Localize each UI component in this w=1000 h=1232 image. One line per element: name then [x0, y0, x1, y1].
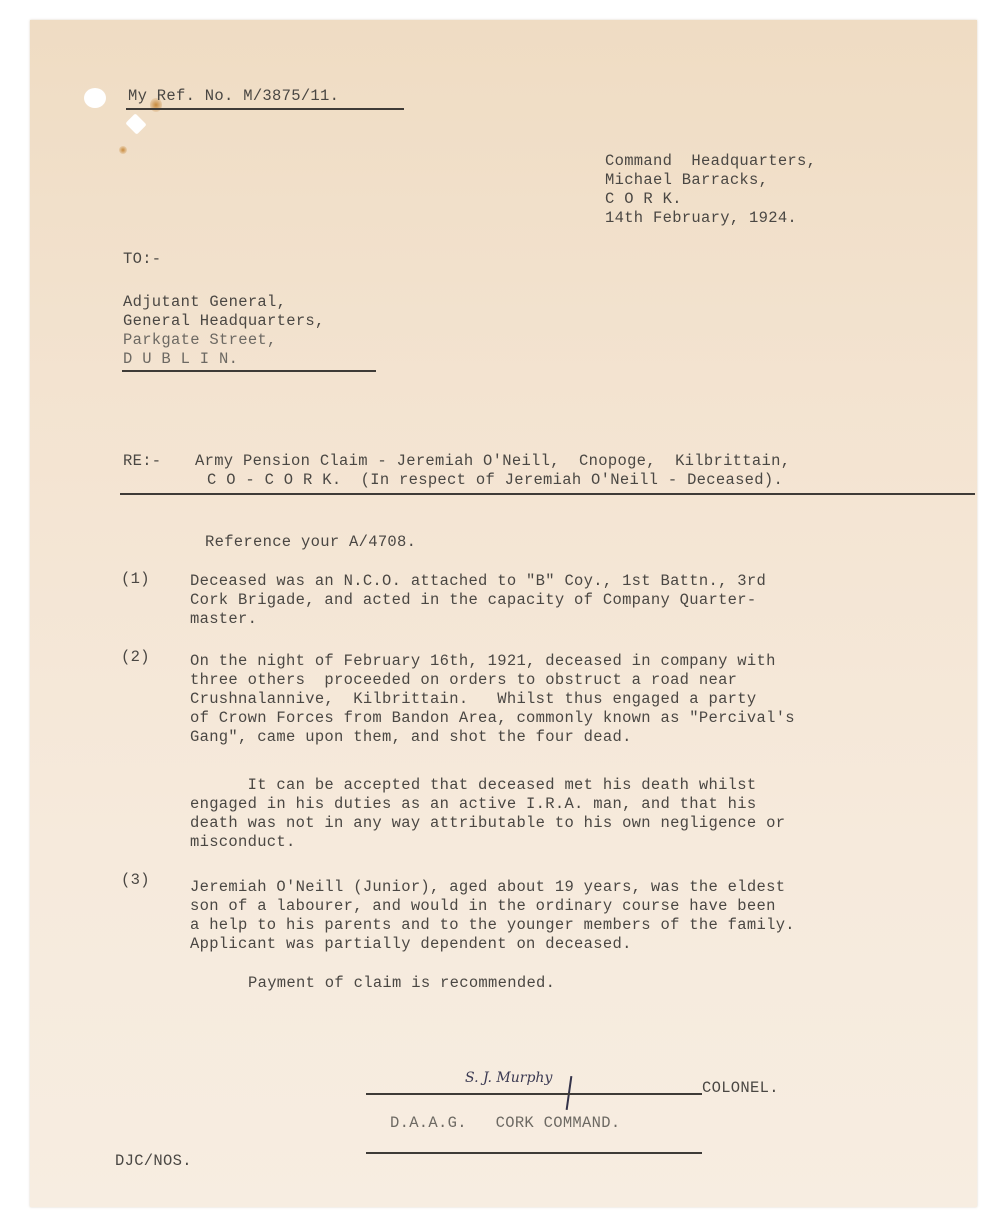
paragraph-line: Cork Brigade, and acted in the capacity … — [190, 591, 757, 610]
recipient-line: D U B L I N. — [123, 350, 238, 369]
signature-line — [366, 1093, 702, 1095]
paragraph-line: son of a labourer, and would in the ordi… — [190, 897, 776, 916]
signature-bottom-line — [366, 1152, 702, 1154]
paragraph-number: (1) — [121, 570, 150, 589]
punch-hole — [84, 88, 106, 108]
paragraph-line: It can be accepted that deceased met his… — [190, 776, 757, 795]
reference-underline — [126, 108, 404, 110]
recipient-line: General Headquarters, — [123, 312, 325, 331]
reference-number: My Ref. No. M/3875/11. — [128, 87, 339, 106]
paragraph-line: death was not in any way attributable to… — [190, 814, 785, 833]
paragraph-line: Gang", came upon them, and shot the four… — [190, 728, 632, 747]
paragraph-line: three others proceeded on orders to obst… — [190, 671, 737, 690]
signatory-title: D.A.A.G. CORK COMMAND. — [390, 1114, 620, 1133]
recipient-line: Parkgate Street, — [123, 331, 277, 350]
paragraph-line: of Crown Forces from Bandon Area, common… — [190, 709, 795, 728]
handwritten-signature: S. J. Murphy — [465, 1070, 552, 1086]
paragraph-line: Jeremiah O'Neill (Junior), aged about 19… — [190, 878, 785, 897]
rust-stain — [119, 146, 127, 154]
recipient-underline — [122, 370, 376, 372]
paragraph-line: Crushnalannive, Kilbrittain. Whilst thus… — [190, 690, 757, 709]
paragraph-number: (3) — [121, 871, 150, 890]
recipient-line: Adjutant General, — [123, 293, 286, 312]
paragraph-number: (2) — [121, 648, 150, 667]
reference-line: Reference your A/4708. — [205, 533, 416, 552]
subject-underline — [120, 493, 975, 495]
sender-line: Michael Barracks, — [605, 171, 768, 190]
paragraph-line: Applicant was partially dependent on dec… — [190, 935, 632, 954]
sender-line: Command Headquarters, — [605, 152, 816, 171]
paragraph-line: misconduct. — [190, 833, 296, 852]
paragraph-line: a help to his parents and to the younger… — [190, 916, 795, 935]
subject-label: RE:- — [123, 452, 161, 471]
paragraph-line: On the night of February 16th, 1921, dec… — [190, 652, 776, 671]
subject-line-2: C O - C O R K. (In respect of Jeremiah O… — [207, 471, 783, 490]
recommendation: Payment of claim is recommended. — [248, 974, 555, 993]
letter-paper — [30, 20, 977, 1207]
paragraph-line: engaged in his duties as an active I.R.A… — [190, 795, 757, 814]
letter-date: 14th February, 1924. — [605, 209, 797, 228]
sender-line: C O R K. — [605, 190, 682, 209]
to-label: TO:- — [123, 250, 161, 269]
paragraph-line: Deceased was an N.C.O. attached to "B" C… — [190, 572, 766, 591]
paragraph-line: master. — [190, 610, 257, 629]
signatory-rank: COLONEL. — [702, 1079, 779, 1098]
typist-reference: DJC/NOS. — [115, 1152, 192, 1171]
subject-line-1: Army Pension Claim - Jeremiah O'Neill, C… — [195, 452, 790, 471]
